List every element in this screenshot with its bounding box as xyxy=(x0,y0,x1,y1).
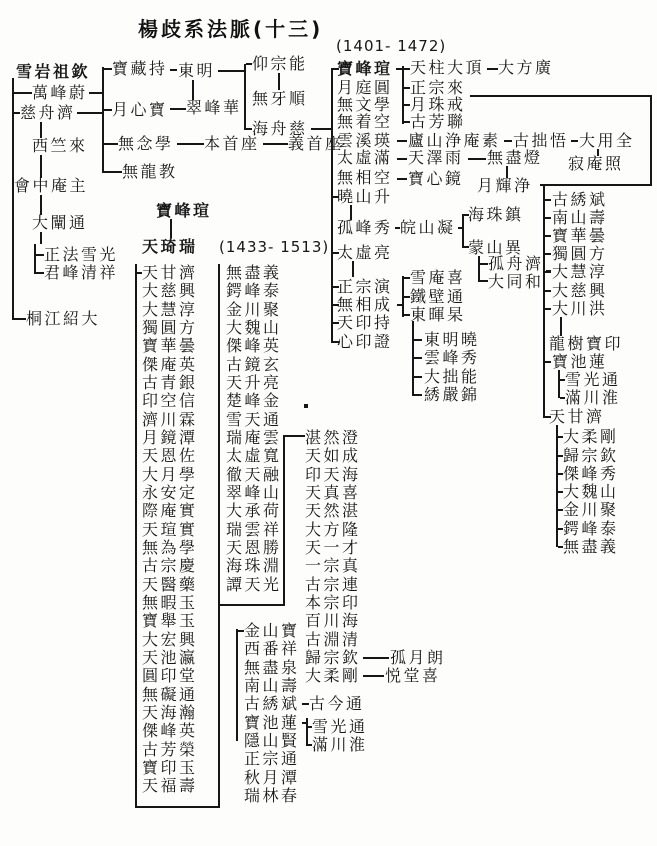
lineage-name: 天池瀛 xyxy=(142,650,198,666)
connector-line xyxy=(545,308,551,310)
lineage-name: 大月學 xyxy=(142,467,198,483)
connector-line xyxy=(363,675,384,677)
lineage-name: 金山寶 xyxy=(244,623,300,639)
lineage-name: 大川洪 xyxy=(552,301,608,317)
lineage-name: 天瑄實 xyxy=(142,522,198,538)
lineage-name: 會中庵主 xyxy=(14,178,88,194)
connector-line xyxy=(306,718,308,746)
lineage-name: 君峰清祥 xyxy=(44,265,118,281)
lineage-name: 東明曉 xyxy=(424,332,480,348)
connector-line xyxy=(104,171,122,173)
lineage-name: 印天海 xyxy=(305,467,361,483)
connector-line xyxy=(246,63,252,65)
lineage-name: 海珠鎮 xyxy=(468,207,524,223)
connector-line xyxy=(218,604,285,606)
lineage-name: 綉嚴錦 xyxy=(424,387,480,403)
connector-line xyxy=(558,528,563,530)
connector-line xyxy=(333,252,339,254)
lineage-name: 孤峰秀 xyxy=(337,220,393,236)
lineage-name: 寶心鏡 xyxy=(408,171,464,187)
lineage-name: 無礙通 xyxy=(142,687,198,703)
lineage-name: 大用全 xyxy=(579,133,635,149)
lineage-name: 大同和 xyxy=(488,274,544,290)
lineage-name: 古拙悟 xyxy=(513,133,569,149)
connector-line xyxy=(478,256,480,282)
lineage-name: 古芳榮 xyxy=(142,742,198,758)
lineage-name: 寂庵照 xyxy=(568,156,624,172)
lineage-name: 傑峰秀 xyxy=(563,466,619,482)
lineage-name: 雪岩祖欽 xyxy=(16,64,90,80)
lineage-name: 大闡通 xyxy=(32,215,88,231)
connector-line xyxy=(14,112,20,114)
connector-line xyxy=(177,143,204,145)
lineage-name: 東明 xyxy=(178,63,215,79)
lineage-name: 義首座 xyxy=(288,136,344,152)
connector-line xyxy=(302,703,309,705)
lineage-name: 月珠戒 xyxy=(410,97,466,113)
connector-line xyxy=(350,205,352,220)
lineage-name: 大柔剛 xyxy=(563,429,619,445)
lineage-name: 月輝浄 xyxy=(477,178,533,194)
connector-line xyxy=(397,140,407,142)
lineage-name: 瑞雲祥 xyxy=(226,522,282,538)
lineage-name: 寶華曇 xyxy=(552,228,608,244)
connector-line xyxy=(487,68,498,70)
connector-line xyxy=(545,290,551,292)
connector-line xyxy=(333,341,339,343)
lineage-name: 雪光通 xyxy=(565,372,621,388)
lineage-name: 桐江紹大 xyxy=(26,311,100,327)
lineage-name: 際庵實 xyxy=(142,503,198,519)
lineage-name: 心印證 xyxy=(337,334,393,350)
lineage-name: 天甘濟 xyxy=(142,265,198,281)
lineage-name: 隱山賢 xyxy=(244,733,300,749)
connector-line xyxy=(404,104,410,106)
lineage-name: 海舟慈 xyxy=(252,121,308,137)
connector-line xyxy=(102,67,104,173)
connector-line xyxy=(135,264,137,806)
connector-line xyxy=(480,280,488,282)
connector-line xyxy=(571,140,578,142)
connector-line xyxy=(545,253,551,255)
lineage-name: 太虛亮 xyxy=(337,245,393,261)
lineage-name: 大魏山 xyxy=(563,484,619,500)
lineage-name: 雲峰秀 xyxy=(424,350,480,366)
connector-line xyxy=(560,379,565,381)
lineage-name: 無盡義 xyxy=(226,265,282,281)
lineage-name: 正宗來 xyxy=(410,80,466,96)
lineage-name: 無着空 xyxy=(337,114,393,130)
connector-line xyxy=(597,149,599,156)
connector-line xyxy=(333,68,339,70)
connector-line xyxy=(12,78,14,320)
lineage-name: 無為學 xyxy=(142,540,198,556)
lineage-name: 月心寶 xyxy=(112,102,168,118)
lineage-name: 天福壽 xyxy=(142,778,198,794)
lineage-name: 大慈興 xyxy=(552,283,608,299)
connector-line xyxy=(650,95,652,186)
connector-line xyxy=(540,184,652,186)
lineage-name: 萬峰蔚 xyxy=(32,85,88,101)
lineage-name: 無牙順 xyxy=(252,91,308,107)
connector-line xyxy=(414,357,422,359)
lineage-name: 天琦瑞 xyxy=(142,239,198,255)
lineage-name: 大慧淳 xyxy=(142,302,198,318)
lineage-name: 天柱大頂 xyxy=(410,60,484,76)
connector-line xyxy=(14,92,32,94)
connector-line xyxy=(404,121,410,123)
lineage-name: 大魏山 xyxy=(226,320,282,336)
lineage-name: 百川海 xyxy=(305,613,361,629)
lineage-name: 古今通 xyxy=(309,696,365,712)
lineage-name: 一宗真 xyxy=(305,558,361,574)
lineage-name: 古綉斌 xyxy=(244,696,300,712)
lineage-name: 本宗印 xyxy=(305,595,361,611)
date-range-tianqi: (1433- 1513) xyxy=(219,239,329,256)
connector-line xyxy=(558,491,563,493)
connector-line xyxy=(462,214,464,248)
connector-line xyxy=(545,199,551,201)
connector-line xyxy=(170,219,172,238)
lineage-name: 瑞庵雲 xyxy=(226,430,282,446)
lineage-name: 南山壽 xyxy=(552,210,608,226)
connector-line xyxy=(396,68,402,70)
connector-line xyxy=(283,435,285,606)
lineage-name: 孤舟濟 xyxy=(488,256,544,272)
lineage-name: 大拙能 xyxy=(424,369,480,385)
lineage-name: 慈舟濟 xyxy=(20,105,76,121)
connector-line xyxy=(246,128,252,130)
connector-line xyxy=(404,314,410,316)
connector-line xyxy=(468,158,486,160)
lineage-name: 印空信 xyxy=(142,393,198,409)
connector-line xyxy=(395,227,400,229)
lineage-name: 古淵清 xyxy=(305,632,361,648)
lineage-name: 雪天通 xyxy=(226,412,282,428)
lineage-name: 傑峰英 xyxy=(226,338,282,354)
lineage-name: 大柔剛 xyxy=(305,668,361,684)
lineage-name: 仰宗能 xyxy=(252,56,308,72)
lineage-name: 永安定 xyxy=(142,485,198,501)
connector-line xyxy=(192,80,194,100)
lineage-name: 無相成 xyxy=(337,297,393,313)
connector-line xyxy=(464,214,469,216)
connector-line xyxy=(137,272,142,274)
connector-line xyxy=(40,122,42,138)
connector-line xyxy=(36,254,44,256)
connector-line xyxy=(464,246,469,248)
lineage-name: 瑞林春 xyxy=(244,788,300,804)
lineage-name: 寶峰瑄 xyxy=(337,61,393,77)
lineage-name: 龍樹寶印 xyxy=(549,336,623,352)
connector-line xyxy=(560,397,565,399)
date-range-baofeng: (1401- 1472) xyxy=(336,38,446,55)
lineage-name: 古宗慶 xyxy=(142,558,198,574)
connector-line xyxy=(77,112,102,114)
lineage-name: 雪庵喜 xyxy=(410,270,466,286)
connector-line xyxy=(506,166,508,178)
connector-line xyxy=(278,73,280,90)
lineage-name: 傑庵英 xyxy=(142,357,198,373)
lineage-name: 無文學 xyxy=(337,97,393,113)
lineage-name: 古綉斌 xyxy=(552,192,608,208)
lineage-name: 古青銀 xyxy=(142,375,198,391)
lineage-name: 滿川淮 xyxy=(312,737,368,753)
lineage-name: 海珠淵 xyxy=(226,558,282,574)
connector-line xyxy=(263,143,288,145)
connector-line xyxy=(558,509,563,511)
lineage-name: 翠峰山 xyxy=(226,485,282,501)
lineage-name: 寶舉玉 xyxy=(142,613,198,629)
lineage-name: 廬山浄庵素 xyxy=(408,133,501,149)
connector-line xyxy=(333,304,339,306)
lineage-name: 古宗連 xyxy=(305,577,361,593)
connector-line xyxy=(414,394,422,396)
lineage-name: 鍔峰泰 xyxy=(563,521,619,537)
connector-line xyxy=(104,143,118,145)
lineage-name: 鍔峰泰 xyxy=(226,283,282,299)
lineage-name: 天如成 xyxy=(305,448,361,464)
lineage-name: 天海瀚 xyxy=(142,705,198,721)
connector-line xyxy=(104,68,112,70)
lineage-name: 寶印玉 xyxy=(142,760,198,776)
chart-title: 楊歧系法脈(十三) xyxy=(138,18,323,40)
lineage-name: 雲溪瑛 xyxy=(337,133,393,149)
connector-line xyxy=(404,277,410,279)
connector-line xyxy=(218,70,244,72)
lineage-name: 正宗通 xyxy=(244,751,300,767)
connector-line xyxy=(404,296,410,298)
connector-line xyxy=(545,361,551,363)
lineage-name: 湛然澄 xyxy=(305,430,361,446)
lineage-name: 皖山凝 xyxy=(400,220,456,236)
connector-line xyxy=(545,217,551,219)
lineage-name: 濟川霖 xyxy=(142,412,198,428)
connector-line xyxy=(218,264,220,806)
lineage-name: 古芳聯 xyxy=(410,114,466,130)
lineage-name: 曉山升 xyxy=(337,189,393,205)
lineage-name: 正宗演 xyxy=(337,279,393,295)
connector-line xyxy=(543,184,545,418)
lineage-name: 西竺來 xyxy=(32,138,88,154)
connector-line xyxy=(238,630,244,632)
connector-line xyxy=(308,744,312,746)
lineage-name: 寶華曇 xyxy=(142,338,198,354)
lineage-name: 翠峰華 xyxy=(186,100,242,116)
connector-line xyxy=(363,657,389,659)
lineage-name: 太虛滿 xyxy=(337,150,393,166)
lineage-name: 西番祥 xyxy=(244,641,300,657)
connector-line xyxy=(545,235,551,237)
connector-line xyxy=(333,322,339,324)
lineage-name: 大慧淳 xyxy=(552,264,608,280)
lineage-name: 大承荷 xyxy=(226,503,282,519)
connector-line xyxy=(558,370,560,398)
connector-line xyxy=(170,108,186,110)
lineage-name: 天一才 xyxy=(305,540,361,556)
lineage-name: 雪光通 xyxy=(312,719,368,735)
lineage-name: 獨圓方 xyxy=(552,246,608,262)
connector-line xyxy=(104,109,112,111)
lineage-name: 鐵壁通 xyxy=(410,289,466,305)
connector-line xyxy=(333,286,339,288)
connector-line xyxy=(558,546,563,548)
lineage-name: 無盡泉 xyxy=(244,660,300,676)
lineage-name: 月庭圓 xyxy=(337,80,393,96)
lineage-name: 天甘濟 xyxy=(549,409,605,425)
connector-line xyxy=(470,95,652,97)
lineage-name: 金川聚 xyxy=(226,302,282,318)
connector-line xyxy=(543,416,551,418)
lineage-name: 無龍教 xyxy=(122,164,178,180)
lineage-name: 本首座 xyxy=(204,136,260,152)
connector-line xyxy=(170,69,177,71)
lineage-name: 無相空 xyxy=(337,170,393,186)
lineage-name: 圓印堂 xyxy=(142,668,198,684)
lineage-name: 東暉杲 xyxy=(410,307,466,323)
connector-line xyxy=(36,272,44,274)
connector-line xyxy=(40,195,42,215)
connector-line xyxy=(308,726,312,728)
connector-line xyxy=(546,270,551,272)
lineage-name: 大方廣 xyxy=(498,60,554,76)
lineage-name: 大方隆 xyxy=(305,522,361,538)
lineage-name: 歸宗欽 xyxy=(305,650,361,666)
lineage-name: 孤月朗 xyxy=(390,650,446,666)
connector-line xyxy=(304,404,308,408)
lineage-name: 傑峰英 xyxy=(142,723,198,739)
lineage-name: 無盡燈 xyxy=(487,150,543,166)
lineage-name: 天醫藥 xyxy=(142,577,198,593)
lineage-name: 古鏡玄 xyxy=(226,357,282,373)
connector-line xyxy=(480,263,488,265)
lineage-name: 徹天融 xyxy=(226,467,282,483)
connector-line xyxy=(352,261,354,277)
connector-line xyxy=(558,473,563,475)
connector-line xyxy=(404,68,410,70)
lineage-name: 天恩佐 xyxy=(142,448,198,464)
lineage-name: 寶池蓮 xyxy=(552,354,608,370)
connector-line xyxy=(34,244,36,274)
lineage-name: 獨圓方 xyxy=(142,320,198,336)
lineage-name: 月鏡潭 xyxy=(142,430,198,446)
lineage-name: 寶峰瑄 xyxy=(156,203,212,219)
lineage-name: 滿川淮 xyxy=(565,390,621,406)
connector-line xyxy=(560,317,562,336)
lineage-name: 正法雪光 xyxy=(44,247,118,263)
connector-line xyxy=(285,435,305,437)
lineage-name: 天真喜 xyxy=(305,485,361,501)
connector-line xyxy=(236,629,238,741)
lineage-name: 天澤雨 xyxy=(408,150,464,166)
lineage-name: 太虛寬 xyxy=(226,448,282,464)
lineage-name: 無盡義 xyxy=(563,539,619,555)
lineage-name: 楚峰金 xyxy=(226,393,282,409)
connector-line xyxy=(333,196,339,198)
connector-line xyxy=(397,158,407,160)
lineage-name: 大慈興 xyxy=(142,283,198,299)
lineage-name: 天升亮 xyxy=(226,375,282,391)
lineage-chart-page: 楊歧系法脈(十三) (1401- 1472) (1433- 1513) 雪岩祖欽… xyxy=(0,0,657,846)
connector-line xyxy=(40,232,42,244)
connector-line xyxy=(414,339,422,341)
connector-line xyxy=(14,318,26,320)
lineage-name: 秋月潭 xyxy=(244,770,300,786)
connector-line xyxy=(414,376,422,378)
connector-line xyxy=(558,436,563,438)
connector-line xyxy=(504,140,512,142)
connector-line xyxy=(135,806,220,808)
connector-line xyxy=(40,155,42,178)
connector-line xyxy=(404,87,410,89)
lineage-name: 寶藏持 xyxy=(112,61,168,77)
lineage-name: 南山壽 xyxy=(244,678,300,694)
connector-line xyxy=(89,92,102,94)
connector-line xyxy=(331,68,333,343)
lineage-name: 悦堂喜 xyxy=(385,668,441,684)
lineage-name: 天然湛 xyxy=(305,503,361,519)
lineage-name: 大宏興 xyxy=(142,632,198,648)
lineage-name: 金川聚 xyxy=(563,502,619,518)
connector-line xyxy=(402,66,404,124)
connector-line xyxy=(244,64,246,130)
lineage-name: 譚天光 xyxy=(226,577,282,593)
lineage-name: 無念學 xyxy=(118,136,174,152)
lineage-name: 天印持 xyxy=(337,315,393,331)
lineage-name: 天恩勝 xyxy=(226,540,282,556)
connector-line xyxy=(311,128,333,130)
connector-line xyxy=(397,178,407,180)
lineage-name: 歸宗欽 xyxy=(563,448,619,464)
lineage-name: 無暇玉 xyxy=(142,595,198,611)
lineage-name: 寶池蓮 xyxy=(244,715,300,731)
connector-line xyxy=(558,455,563,457)
